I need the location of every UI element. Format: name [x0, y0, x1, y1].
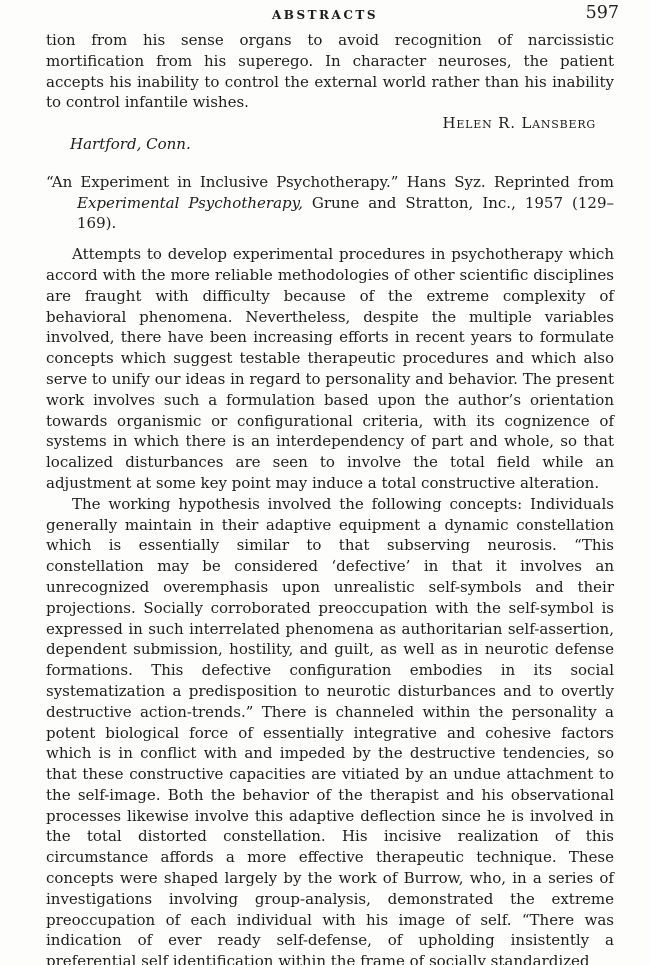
- carryover-paragraph: tion from his sense organs to avoid reco…: [46, 30, 614, 113]
- abstract-paragraph-2: The working hypothesis involved the foll…: [46, 494, 614, 965]
- abstract-paragraph-1: Attempts to develop experimental procedu…: [46, 244, 614, 494]
- author-signature: Helen R. Lansberg: [46, 113, 614, 134]
- running-head: ABSTRACTS 597: [0, 0, 650, 30]
- author-location: Hartford, Conn.: [46, 134, 614, 155]
- running-head-title: ABSTRACTS: [0, 8, 650, 22]
- entry-source-title: Experimental Psychotherapy,: [77, 194, 303, 212]
- page-number: 597: [586, 3, 619, 23]
- entry-citation: “An Experiment in Inclusive Psychotherap…: [46, 172, 614, 234]
- entry-reprint-prefix: Reprinted from: [494, 173, 614, 191]
- abstract-page: ABSTRACTS 597 tion from his sense organs…: [0, 0, 650, 965]
- text-column: tion from his sense organs to avoid reco…: [46, 30, 614, 965]
- entry-title: “An Experiment in Inclusive Psychotherap…: [46, 173, 398, 191]
- entry-publisher-year: Grune and Stratton, Inc., 1957: [312, 194, 563, 212]
- scanned-journal-page: { "header": { "running_title": "ABSTRACT…: [0, 0, 650, 965]
- entry-author: Hans Syz.: [407, 173, 486, 191]
